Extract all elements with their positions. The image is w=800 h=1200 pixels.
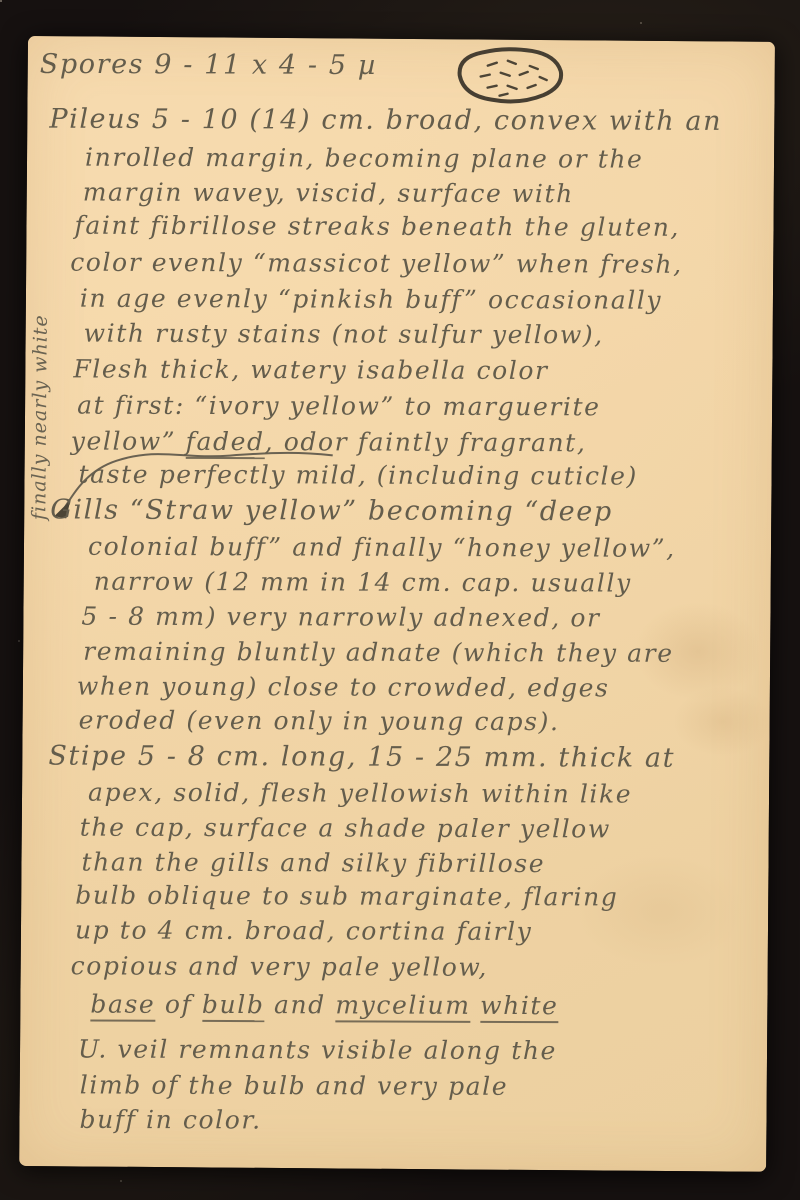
gills-line: Gills “Straw yellow” becoming “deep [50, 494, 613, 528]
spores-line: Spores 9 - 11 x 4 - 5 µ [40, 49, 377, 82]
stipe-line: than the gills and silky fibrillose [81, 846, 545, 880]
pileus-line-part: yellow” [71, 426, 186, 455]
pileus-line: taste perfectly mild, (including cuticle… [79, 459, 638, 493]
pileus-line: Flesh thick, watery isabella color [73, 353, 548, 387]
stipe-line: apex, solid, flesh yellowish within like [88, 777, 632, 811]
underlined-word: bulb [202, 990, 265, 1022]
gills-line: 5 - 8 mm) very narrowly adnexed, or [81, 601, 600, 635]
pileus-line: in age evenly “pinkish buff” occasionall… [80, 283, 662, 317]
spore-sketch-icon [447, 43, 578, 114]
underlined-word: white [480, 991, 558, 1023]
word-join: of [155, 990, 202, 1019]
gills-line: colonial buff” and finally “honey yellow… [88, 531, 676, 565]
veil-line: limb of the bulb and very pale [80, 1069, 509, 1102]
word-join [471, 991, 481, 1020]
stipe-line: bulb oblique to sub marginate, flaring [75, 880, 618, 914]
stipe-line: Stipe 5 - 8 cm. long, 15 - 25 mm. thick … [48, 741, 675, 775]
stipe-underlined-line: base of bulb and mycelium white [90, 989, 558, 1023]
veil-line: U. veil remnants visible along the [78, 1033, 557, 1067]
pileus-line: with rusty stains (not sulfur yellow), [84, 318, 604, 352]
photo-background: finally nearly white Spores 9 - 11 x 4 -… [0, 0, 800, 1200]
dust-specks [0, 0, 2, 2]
pileus-line: faint fibrillose streaks beneath the glu… [74, 210, 680, 244]
pileus-line: margin wavey, viscid, surface with [83, 177, 574, 211]
pileus-line: at first: “ivory yellow” to marguerite [77, 390, 601, 424]
faded-word-underlined: faded [186, 427, 265, 459]
pileus-line: yellow” faded, odor faintly fragrant, [71, 425, 587, 459]
gills-line: when young) close to crowded, edges [77, 671, 610, 705]
word-join: and [264, 990, 335, 1019]
stipe-line: the cap, surface a shade paler yellow [80, 812, 611, 846]
veil-line: buff in color. [79, 1104, 261, 1137]
underlined-word: base [90, 990, 155, 1022]
margin-note: finally nearly white [28, 234, 64, 520]
pileus-line: Pileus 5 - 10 (14) cm. broad, convex wit… [49, 104, 722, 138]
stipe-line: copious and very pale yellow, [71, 950, 488, 983]
gills-line: narrow (12 mm in 14 cm. cap. usually [94, 566, 632, 600]
stipe-line: up to 4 cm. broad, cortina fairly [75, 914, 532, 948]
pileus-line-part: , odor faintly fragrant, [265, 427, 587, 457]
gills-line: remaining bluntly adnate (which they are [83, 636, 674, 670]
pileus-line: inrolled margin, becoming plane or the [85, 142, 644, 176]
underlined-word: mycelium [335, 990, 470, 1022]
gills-line: eroded (even only in young caps). [79, 704, 560, 738]
index-card: finally nearly white Spores 9 - 11 x 4 -… [19, 36, 775, 1172]
pileus-line: color evenly “massicot yellow” when fres… [70, 247, 683, 281]
